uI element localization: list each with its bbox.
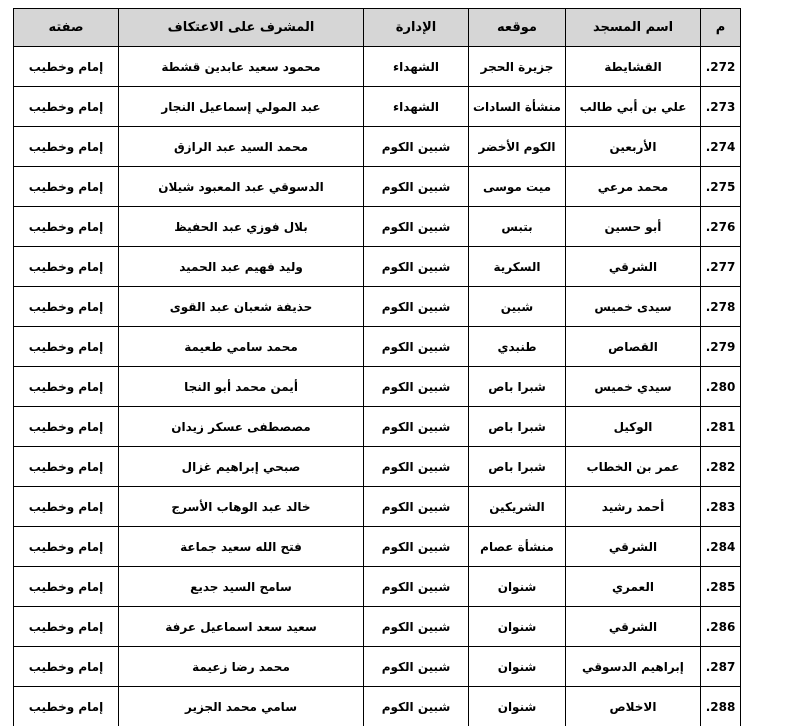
table-body: 272.القشايطةجزيرة الحجرالشهداءمحمود سعيد…	[14, 47, 741, 726]
header-row: م اسم المسجد موقعه الإدارة المشرف على ال…	[14, 9, 741, 47]
cell-mosque-name: إبراهيم الدسوقي	[566, 647, 701, 687]
cell-location: شنوان	[469, 647, 566, 687]
cell-location: السكرية	[469, 247, 566, 287]
cell-mosque-name: العمري	[566, 567, 701, 607]
table-row: 272.القشايطةجزيرة الحجرالشهداءمحمود سعيد…	[14, 47, 741, 87]
table-row: 274.الأربعينالكوم الأخضرشبين الكوممحمد ا…	[14, 127, 741, 167]
cell-number: 278.	[701, 287, 741, 327]
cell-number: 282.	[701, 447, 741, 487]
cell-number: 273.	[701, 87, 741, 127]
cell-number: 281.	[701, 407, 741, 447]
cell-supervisor: محمد سامي طعيمة	[119, 327, 364, 367]
cell-location: منشأة عصام	[469, 527, 566, 567]
cell-mosque-name: الاخلاص	[566, 687, 701, 726]
cell-location: شنوان	[469, 607, 566, 647]
cell-administration: شبين الكوم	[364, 567, 469, 607]
table-row: 279.القصاصطنبديشبين الكوممحمد سامي طعيمة…	[14, 327, 741, 367]
cell-role: إمام وخطيب	[14, 607, 119, 647]
cell-number: 284.	[701, 527, 741, 567]
cell-number: 274.	[701, 127, 741, 167]
cell-mosque-name: سيدى خميس	[566, 287, 701, 327]
cell-role: إمام وخطيب	[14, 127, 119, 167]
mosque-itikaf-table: م اسم المسجد موقعه الإدارة المشرف على ال…	[13, 8, 741, 726]
cell-role: إمام وخطيب	[14, 487, 119, 527]
cell-supervisor: فتح الله سعيد جماعة	[119, 527, 364, 567]
cell-number: 285.	[701, 567, 741, 607]
cell-mosque-name: أبو حسين	[566, 207, 701, 247]
cell-mosque-name: الأربعين	[566, 127, 701, 167]
cell-number: 275.	[701, 167, 741, 207]
table-row: 275.محمد مرعيميت موسىشبين الكومالدسوقي ع…	[14, 167, 741, 207]
cell-mosque-name: الوكيل	[566, 407, 701, 447]
cell-mosque-name: القشايطة	[566, 47, 701, 87]
cell-mosque-name: سيدي خميس	[566, 367, 701, 407]
cell-administration: شبين الكوم	[364, 127, 469, 167]
cell-role: إمام وخطيب	[14, 167, 119, 207]
cell-location: منشأة السادات	[469, 87, 566, 127]
cell-administration: شبين الكوم	[364, 167, 469, 207]
header-mosque-name: اسم المسجد	[566, 9, 701, 47]
cell-supervisor: سعيد سعد اسماعيل عرفة	[119, 607, 364, 647]
cell-administration: شبين الكوم	[364, 607, 469, 647]
cell-mosque-name: محمد مرعي	[566, 167, 701, 207]
cell-administration: شبين الكوم	[364, 407, 469, 447]
cell-supervisor: حذيفة شعبان عبد القوى	[119, 287, 364, 327]
table-row: 286.الشرقيشنوانشبين الكومسعيد سعد اسماعي…	[14, 607, 741, 647]
table-row: 287.إبراهيم الدسوقيشنوانشبين الكوممحمد ر…	[14, 647, 741, 687]
cell-mosque-name: القصاص	[566, 327, 701, 367]
table-header: م اسم المسجد موقعه الإدارة المشرف على ال…	[14, 9, 741, 47]
cell-supervisor: خالد عبد الوهاب الأسرج	[119, 487, 364, 527]
document-page: م اسم المسجد موقعه الإدارة المشرف على ال…	[0, 0, 804, 726]
cell-location: شنوان	[469, 567, 566, 607]
cell-supervisor: الدسوقي عبد المعبود شيلان	[119, 167, 364, 207]
cell-location: الكوم الأخضر	[469, 127, 566, 167]
table-row: 288.الاخلاصشنوانشبين الكومسامي محمد الجز…	[14, 687, 741, 726]
cell-number: 276.	[701, 207, 741, 247]
table-row: 276.أبو حسينبتبسشبين الكومبلال فوزي عبد …	[14, 207, 741, 247]
cell-number: 277.	[701, 247, 741, 287]
cell-number: 287.	[701, 647, 741, 687]
cell-role: إمام وخطيب	[14, 687, 119, 726]
table-row: 277.الشرقيالسكريةشبين الكوموليد فهيم عبد…	[14, 247, 741, 287]
cell-supervisor: محمد رضا زعيمة	[119, 647, 364, 687]
cell-location: جزيرة الحجر	[469, 47, 566, 87]
cell-mosque-name: الشرقي	[566, 247, 701, 287]
cell-administration: شبين الكوم	[364, 327, 469, 367]
cell-administration: شبين الكوم	[364, 207, 469, 247]
cell-number: 286.	[701, 607, 741, 647]
cell-supervisor: بلال فوزي عبد الحفيظ	[119, 207, 364, 247]
table-row: 285.العمريشنوانشبين الكومسامح السيد جديع…	[14, 567, 741, 607]
cell-location: ميت موسى	[469, 167, 566, 207]
cell-location: شبرا باص	[469, 447, 566, 487]
cell-role: إمام وخطيب	[14, 567, 119, 607]
cell-role: إمام وخطيب	[14, 527, 119, 567]
header-supervisor: المشرف على الاعتكاف	[119, 9, 364, 47]
cell-administration: شبين الكوم	[364, 527, 469, 567]
cell-number: 280.	[701, 367, 741, 407]
cell-role: إمام وخطيب	[14, 207, 119, 247]
cell-mosque-name: الشرقي	[566, 607, 701, 647]
cell-supervisor: محمد السيد عبد الرازق	[119, 127, 364, 167]
header-number: م	[701, 9, 741, 47]
cell-supervisor: صبحي إبراهيم غزال	[119, 447, 364, 487]
cell-supervisor: سامح السيد جديع	[119, 567, 364, 607]
cell-supervisor: أيمن محمد أبو النجا	[119, 367, 364, 407]
cell-administration: شبين الكوم	[364, 447, 469, 487]
cell-administration: شبين الكوم	[364, 687, 469, 726]
cell-mosque-name: الشرقي	[566, 527, 701, 567]
cell-mosque-name: عمر بن الخطاب	[566, 447, 701, 487]
cell-role: إمام وخطيب	[14, 87, 119, 127]
cell-administration: شبين الكوم	[364, 647, 469, 687]
cell-administration: شبين الكوم	[364, 287, 469, 327]
cell-role: إمام وخطيب	[14, 247, 119, 287]
cell-supervisor: سامي محمد الجزير	[119, 687, 364, 726]
cell-number: 272.	[701, 47, 741, 87]
cell-role: إمام وخطيب	[14, 47, 119, 87]
cell-number: 279.	[701, 327, 741, 367]
cell-administration: الشهداء	[364, 87, 469, 127]
cell-location: شنوان	[469, 687, 566, 726]
cell-number: 283.	[701, 487, 741, 527]
cell-number: 288.	[701, 687, 741, 726]
cell-role: إمام وخطيب	[14, 367, 119, 407]
cell-supervisor: وليد فهيم عبد الحميد	[119, 247, 364, 287]
cell-supervisor: محمود سعيد عابدين قشطة	[119, 47, 364, 87]
cell-location: شبرا باص	[469, 407, 566, 447]
cell-role: إمام وخطيب	[14, 647, 119, 687]
cell-mosque-name: أحمد رشيد	[566, 487, 701, 527]
cell-location: شبرا باص	[469, 367, 566, 407]
cell-role: إمام وخطيب	[14, 287, 119, 327]
cell-administration: الشهداء	[364, 47, 469, 87]
table-row: 278.سيدى خميسشبينشبين الكومحذيفة شعبان ع…	[14, 287, 741, 327]
cell-administration: شبين الكوم	[364, 367, 469, 407]
cell-administration: شبين الكوم	[364, 247, 469, 287]
table-row: 283.أحمد رشيدالشريكينشبين الكومخالد عبد …	[14, 487, 741, 527]
header-role: صفته	[14, 9, 119, 47]
cell-location: بتبس	[469, 207, 566, 247]
cell-administration: شبين الكوم	[364, 487, 469, 527]
cell-role: إمام وخطيب	[14, 327, 119, 367]
cell-location: الشريكين	[469, 487, 566, 527]
cell-role: إمام وخطيب	[14, 447, 119, 487]
header-administration: الإدارة	[364, 9, 469, 47]
header-location: موقعه	[469, 9, 566, 47]
table-row: 280.سيدي خميسشبرا باصشبين الكومأيمن محمد…	[14, 367, 741, 407]
cell-role: إمام وخطيب	[14, 407, 119, 447]
cell-mosque-name: علي بن أبي طالب	[566, 87, 701, 127]
cell-location: شبين	[469, 287, 566, 327]
table-row: 284.الشرقيمنشأة عصامشبين الكومفتح الله س…	[14, 527, 741, 567]
cell-supervisor: مصصطفى عسكر زيدان	[119, 407, 364, 447]
table-row: 282.عمر بن الخطابشبرا باصشبين الكومصبحي …	[14, 447, 741, 487]
table-row: 281.الوكيلشبرا باصشبين الكوممصصطفى عسكر …	[14, 407, 741, 447]
cell-location: طنبدي	[469, 327, 566, 367]
table-row: 273.علي بن أبي طالبمنشأة الساداتالشهداءع…	[14, 87, 741, 127]
cell-supervisor: عبد المولي إسماعيل النجار	[119, 87, 364, 127]
